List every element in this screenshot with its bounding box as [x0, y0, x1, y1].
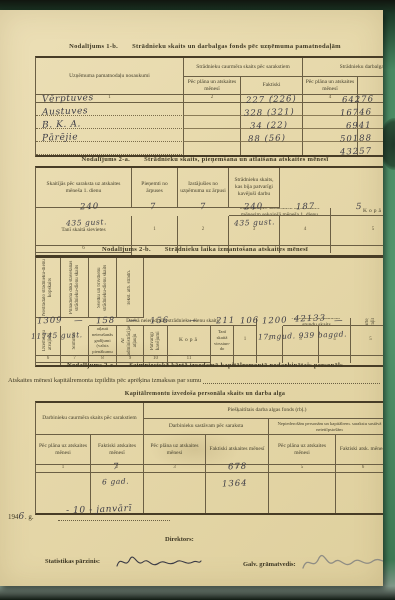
col-header-plan-2c: Pēc plāna uz atskaites mēnesi [36, 435, 91, 465]
col-number: 5 [331, 216, 383, 246]
handwritten-2a-c1b: 435 gust. [66, 217, 107, 227]
table-row-cell [36, 253, 132, 255]
col-header-plan-2c: Pēc plāna uz atskaites mēnesi [144, 435, 206, 465]
section-2c-subtitle: Kapitālremontu izvedoša personāla skaits… [35, 391, 375, 397]
section-2a-title: Nodalījums 2-a.Strādnieku skaits, pieņem… [35, 156, 375, 163]
col-header-plan: Pēc plāna un atskaites mēnesī [184, 77, 241, 95]
handwritten-2a-c1: 240 [80, 202, 100, 213]
handwritten-2b-c8: 106 [240, 316, 260, 327]
handwritten-fund-4: 50188 [340, 133, 372, 144]
col-header-plan: Pēc plāna un atskaites mēnesī [303, 77, 358, 95]
section-1b-label: Nodalījums 1-b. [69, 43, 118, 50]
date-line: 1946. g. [8, 512, 34, 522]
handwritten-2a-c4b: 435 gust. [234, 217, 275, 227]
document-paper: Nodalījums 1-b.Strādnieku skaits un darb… [0, 10, 383, 586]
date-year-printed: 194 [8, 513, 19, 521]
col-header-holiday-days-label: Svētku un brīvdienu strādnieku-dienu ska… [97, 259, 109, 316]
statistician-signature [113, 550, 203, 576]
section-2a-text: Strādnieku skaits, pieņemšana un atlaiša… [144, 156, 328, 163]
handwritten-fund-1: 64276 [342, 94, 374, 105]
capital-repair-sum-line: Atskaites mēnesī kapitālremonta izpildīt… [8, 376, 380, 384]
handwritten-fact-2: 328 (321) [244, 107, 295, 119]
table-2b: Nostrādāto strādnieku-dienu kopskaits Pi… [35, 256, 383, 367]
col-header-idle-days-label: Pilnadienā dīkā stāvēšanas strādnieku-di… [69, 259, 81, 316]
table-row-cell [336, 473, 383, 513]
col-number: 4 [280, 216, 331, 246]
col-number: 6 [336, 465, 383, 473]
table-row-cell [184, 142, 241, 155]
handwritten-2c-c2a: 7 [113, 462, 120, 472]
handwritten-2b-c4: — [128, 316, 138, 326]
handwritten-2a-c6: 5 [356, 202, 363, 212]
section-2c-text: Saimnieciskā kārtā izvedamā kapitālremon… [129, 362, 343, 369]
handwritten-year-digit: 6 [19, 512, 25, 522]
col-header-plan2-2c: Pēc plāna uz atskaites mēnesi [269, 435, 336, 465]
handwritten-dept-2: Austuves [42, 106, 88, 118]
col-header-other-lawful: Pārējie likuma atļauti neierašanās gadīj… [89, 326, 117, 356]
group-header-outside-persons: Nepiederošām personām un kapitālrem. sar… [269, 419, 383, 435]
table-row-cell [36, 142, 184, 155]
director-label: Direktors: [165, 536, 194, 543]
table-row-cell [184, 103, 241, 116]
col-header-actual: Faktiski [358, 77, 383, 95]
col-header-regular-leave-label: Kārtējie atvaļināj. [365, 318, 377, 326]
col-number: 1 [234, 326, 257, 356]
col-number: 2 [184, 95, 241, 103]
col-header-textile-label: Tekst. atb. strādn. [127, 270, 133, 305]
col-number: 1 [132, 216, 178, 246]
accountant-label: Galv. grāmatvedis: [243, 561, 296, 568]
col-header-overtime: Tanī skaitā virsstun-do [211, 326, 234, 356]
accountant-signature [300, 548, 383, 578]
col-header-actual: Faktiski [241, 77, 303, 95]
table-row-cell [144, 473, 206, 513]
section-1b-title: Nodalījums 1-b.Strādnieku skaits un darb… [35, 43, 375, 50]
dotted-leader [203, 376, 380, 384]
photo-backdrop: Nodalījums 1-b.Strādnieku skaits un darb… [0, 0, 395, 600]
col-header-workdays-total: Nostrādāto strādnieku-dienu kopskaits [36, 258, 61, 318]
col-header-admin-permission: Ar administrācijas atļauju [117, 326, 144, 356]
handwritten-2b-c3: 158 [96, 316, 116, 327]
col-header-fact-2c: Faktiski atskaites mēnesī [206, 435, 269, 465]
section-2b-label: Nodalījums 2-b. [102, 246, 151, 253]
section-2b-text: Strādnieku laika izmantošana atskaites m… [165, 246, 308, 253]
handwritten-2b-c2: — [74, 316, 84, 326]
handwritten-dept-4: Pārējie [42, 132, 79, 143]
col-header-regular-leave: Kārtējie atvaļināj. [351, 318, 383, 326]
table-row-cell [269, 473, 336, 513]
col-header-holiday-days: Svētku un brīvdienu strādnieku-dienu ska… [89, 258, 117, 318]
group-header-staff-count: Darbinieku caurmēra skaits pēc sarakstie… [36, 403, 144, 435]
col-header-willful-absence: Patvarīgi kavējumi [144, 326, 168, 356]
handwritten-2c-c4a: 678 [228, 462, 248, 473]
col-number: 3 [144, 465, 206, 473]
handwritten-fact-3: 34 (22) [250, 120, 288, 131]
handwritten-fund-2: 16746 [340, 107, 372, 118]
col-header-idle-days: Pilnadienā dīkā stāvēšanas strādnieku-di… [61, 258, 89, 318]
handwritten-2c-c2b: 6 gad. [102, 477, 130, 487]
handwritten-2b-c6: — [188, 316, 198, 326]
section-2b-title: Nodalījums 2-b.Strādnieku laika izmantoš… [35, 246, 375, 253]
date-g-label: . g. [25, 513, 34, 521]
section-2c-label: Nodalījums 2-c. [67, 362, 115, 369]
col-header-fact-2c: Faktiski atskaites mēnesī [91, 435, 144, 465]
col-number: 5 [351, 326, 383, 356]
handwritten-2a-c5: 187 [296, 202, 316, 213]
handwritten-2b-c10: 42133 [294, 313, 326, 324]
backdrop-bottom-shadow [0, 586, 395, 600]
table-row-cell [184, 116, 241, 129]
handwritten-2b-c1b: 11745 gust. [31, 330, 83, 341]
handwritten-2b-c9: 1200 [262, 316, 288, 327]
handwritten-2c-c4b: 1364 [222, 479, 248, 490]
col-header-fact2-2c: Faktiski atsk. mēnesī [336, 435, 383, 465]
group-header-wage-fund: Strādnieku darbalgas fonds (rubļos) [303, 58, 383, 77]
table-2c: Darbinieku caurmēra skaits pēc sarakstie… [35, 401, 383, 515]
handwritten-fact-4: 88 (56) [248, 133, 286, 144]
col-number: 1 [36, 465, 91, 473]
handwritten-2b-c11: — [334, 316, 344, 326]
handwritten-2a-c4: 240 [244, 202, 264, 213]
col-header-workdays-total-label: Nostrādāto strādnieku-dienu kopskaits [42, 259, 54, 316]
handwritten-fact-1: 227 (226) [246, 94, 297, 106]
handwritten-2a-c3: 7 [200, 202, 207, 212]
handwritten-2b-c1: 1309 [37, 316, 63, 327]
col-header-department-names: Uzņēmuma pamatnodaļu nosaukumi [36, 58, 184, 95]
col-header-admin-permission-label: Ar administrācijas atļauju [121, 326, 139, 356]
col-number: 5 [269, 465, 336, 473]
col-header-willful-absence-label: Patvarīgi kavējumi [150, 327, 162, 354]
section-2a-label: Nodalījums 2-a. [82, 156, 131, 163]
group-header-wage-fund-2c: Piešķaitītais darba algas fonds (rbļ.) [144, 403, 383, 419]
section-2c-subtitle-text: Kapitālremontu izvedoša personāla skaits… [125, 391, 285, 397]
handwritten-2a-c2: 7 [150, 202, 157, 212]
statistician-label: Statistikas pārzinis: [45, 558, 100, 565]
handwritten-dept-3: B. K. A. [42, 119, 81, 130]
section-1b-text: Strādnieku skaits un darbalgas fonds pēc… [132, 43, 341, 50]
handwritten-dept-1: Vērptuves [42, 93, 94, 105]
handwritten-2b-c7: 211 [216, 316, 236, 327]
handwritten-fund-3: 6941 [346, 121, 372, 132]
handwritten-2b-c5: 156 [150, 316, 170, 327]
col-header-hours-total: Kopā [168, 326, 211, 356]
col-header-textile: Tekst. atb. strādn. [117, 258, 144, 318]
section-2c-title: Nodalījums 2-c.Saimnieciskā kārtā izveda… [35, 362, 375, 369]
table-row-cell [184, 129, 241, 142]
group-header-listed-staff: Darbinieku sastāvam pēc saraksta [144, 419, 269, 435]
capital-repair-sum-text: Atskaites mēnesī kapitālremonta izpildīt… [8, 377, 201, 384]
col-number: 2 [178, 216, 229, 246]
group-header-worker-count: Strādnieku caurmēra skaits pēc sarakstie… [184, 58, 303, 77]
